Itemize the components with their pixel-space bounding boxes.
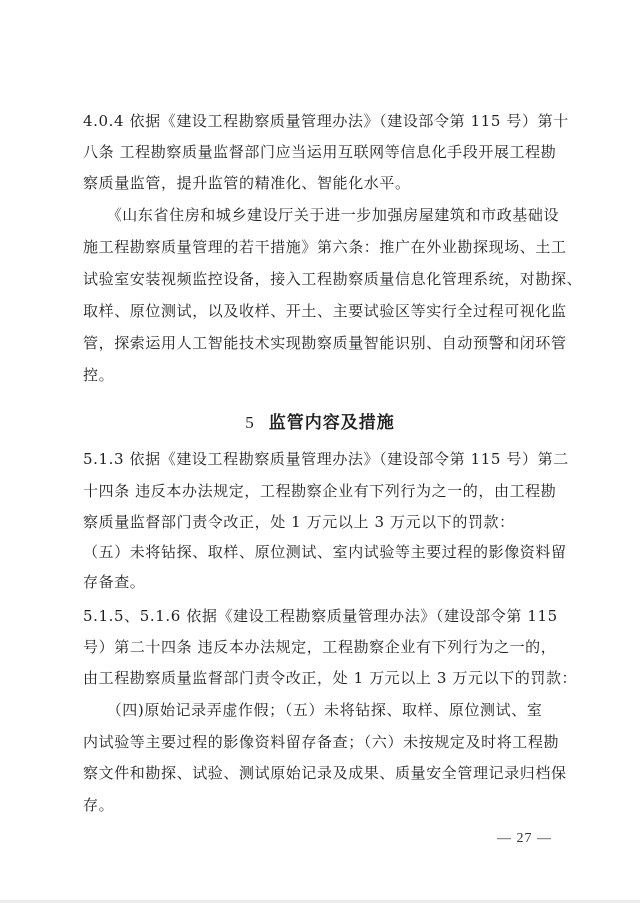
section-title: 监管内容及措施 bbox=[269, 413, 395, 433]
paragraph-line: （五）未将钻探、取样、原位测试、室内试验等主要过程的影像资料留 bbox=[83, 542, 563, 562]
paragraph-line: （四)原始记录弄虚作假；（五）未将钻探、取样、原位测试、室 bbox=[83, 700, 563, 720]
paragraph-line: 取样、原位测试，以及收样、开土、主要试验区等实行全过程可视化监 bbox=[83, 301, 563, 321]
document-page: 4.0.4 依据《建设工程勘察质量管理办法》（建设部令第 115 号）第十 八条… bbox=[0, 0, 640, 900]
paragraph-line: 控。 bbox=[83, 365, 563, 385]
paragraph-line: 管，探索运用人工智能技术实现勘察质量智能识别、自动预警和闭环管 bbox=[83, 333, 563, 353]
paragraph-line: 存。 bbox=[83, 795, 563, 815]
paragraph-line: 试验室安装视频监控设备，接入工程勘察质量信息化管理系统，对勘探、 bbox=[83, 269, 563, 289]
section-heading: 5监管内容及措施 bbox=[0, 408, 640, 433]
paragraph-line: 察质量监管，提升监管的精准化、智能化水平。 bbox=[83, 173, 563, 193]
page-number: — 27 — bbox=[497, 831, 552, 847]
paragraph-line: 存备查。 bbox=[83, 572, 563, 592]
paragraph-line: 察质量监督部门责令改正，处 1 万元以上 3 万元以下的罚款： bbox=[83, 512, 563, 532]
paragraph-line: 4.0.4 依据《建设工程勘察质量管理办法》（建设部令第 115 号）第十 bbox=[83, 111, 563, 131]
paragraph-line: 察文件和勘探、试验、测试原始记录及成果、质量安全管理记录归档保 bbox=[83, 763, 563, 783]
paragraph-line: 5.1.3 依据《建设工程勘察质量管理办法》（建设部令第 115 号）第二 bbox=[83, 449, 563, 469]
paragraph-line: 由工程勘察质量监督部门责令改正，处 1 万元以上 3 万元以下的罚款： bbox=[83, 668, 563, 688]
paragraph-line: 十四条 违反本办法规定，工程勘察企业有下列行为之一的，由工程勘 bbox=[83, 481, 563, 501]
paragraph-line: 5.1.5、5.1.6 依据《建设工程勘察质量管理办法》（建设部令第 115 bbox=[83, 606, 563, 626]
paragraph-line: 《山东省住房和城乡建设厅关于进一步加强房屋建筑和市政基础设 bbox=[83, 205, 563, 225]
paragraph-line: 内试验等主要过程的影像资料留存备查；（六）未按规定及时将工程勘 bbox=[83, 732, 563, 752]
section-number: 5 bbox=[245, 413, 255, 432]
paragraph-line: 号）第二十四条 违反本办法规定，工程勘察企业有下列行为之一的， bbox=[83, 637, 563, 657]
paragraph-line: 八条 工程勘察质量监督部门应当运用互联网等信息化手段开展工程勘 bbox=[83, 142, 563, 162]
paragraph-line: 施工程勘察质量管理的若干措施》第六条：推广在外业勘探现场、土工 bbox=[83, 237, 563, 257]
